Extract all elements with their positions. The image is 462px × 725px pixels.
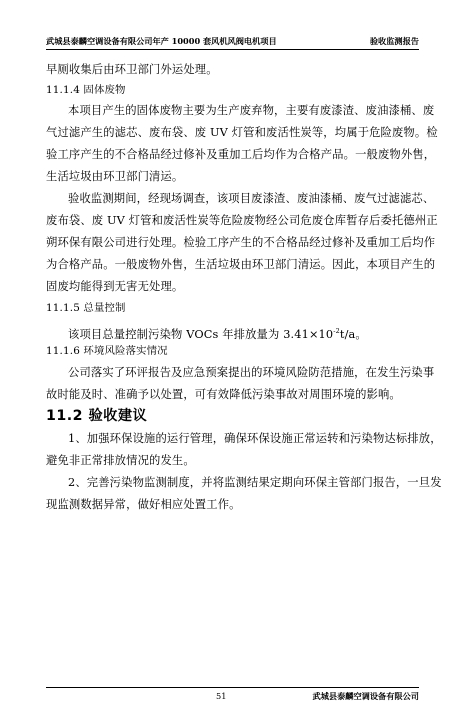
paragraph-line: 本项目产生的固体废物主要为生产废弃物，主要有废漆渣、废油漆桶、废 <box>68 104 434 118</box>
page-number: 51 <box>216 691 226 701</box>
header-project-title: 武城县泰麟空调设备有限公司年产 10000 套风机风阀电机项目 <box>46 36 277 47</box>
paragraph-line: 公司落实了环评报告及应急预案提出的环境风险防范措施，在发生污染事 <box>68 366 434 380</box>
recommendation-line: 2、完善污染物监测制度，并将监测结果定期向环保主管部门报告，一旦发 <box>68 476 442 490</box>
paragraph-line: 故时能及时、准确予以处置，可有效降低污染事故对周围环境的影响。 <box>46 388 401 402</box>
vocs-emission-line: 该项目总量控制污染物 VOCs 年排放量为 3.41×10-2t/a。 <box>68 324 367 342</box>
paragraph-line: 朔环保有限公司进行处理。检验工序产生的不合格品经过修补及重加工后均作 <box>46 236 435 250</box>
page-header: 武城县泰麟空调设备有限公司年产 10000 套风机风阀电机项目 验收监测报告 <box>46 36 419 50</box>
paragraph-line: 气过滤产生的滤芯、废布袋、废 UV 灯管和废活性炭等，均属于危险废物。检 <box>46 126 438 140</box>
header-report-type: 验收监测报告 <box>370 36 419 47</box>
footer-company: 武城县泰麟空调设备有限公司 <box>313 691 419 702</box>
section-heading-11-1-4: 11.1.4 固体废物 <box>46 83 126 97</box>
section-heading-11-2: 11.2 验收建议 <box>46 409 147 423</box>
recommendation-line: 现监测数据异常，做好相应处置工作。 <box>46 498 241 512</box>
paragraph-line: 为合格产品。一般废物外售，生活垃圾由环卫部门清运。因此，本项目产生的 <box>46 258 435 272</box>
paragraph-line: 生活垃圾由环卫部门清运。 <box>46 170 183 184</box>
section-heading-11-1-6: 11.1.6 环境风险落实情况 <box>46 344 168 358</box>
paragraph-line: 固废均能得到无害无处理。 <box>46 280 183 294</box>
vocs-text-prefix: 该项目总量控制污染物 VOCs 年排放量为 3.41×10 <box>68 328 333 341</box>
recommendation-line: 1、加强环保设施的运行管理，确保环保设施正常运转和污染物达标排放， <box>68 432 442 446</box>
document-page: 武城县泰麟空调设备有限公司年产 10000 套风机风阀电机项目 验收监测报告 早… <box>0 0 462 725</box>
section-heading-11-1-5: 11.1.5 总量控制 <box>46 301 126 315</box>
paragraph-line: 验工序产生的不合格品经过修补及重加工后均作为合格产品。一般废物外售， <box>46 148 435 162</box>
page-footer: 51 武城县泰麟空调设备有限公司 <box>46 687 419 688</box>
vocs-text-suffix: t/a。 <box>340 328 367 341</box>
paragraph-line: 废布袋、废 UV 灯管和废活性炭等危险废物经公司危废仓库暂存后委托德州正 <box>46 214 438 228</box>
vocs-exponent: -2 <box>333 327 340 335</box>
recommendation-line: 避免非正常排放情况的发生。 <box>46 454 195 468</box>
continuation-line: 早厕收集后由环卫部门外运处理。 <box>46 63 218 77</box>
paragraph-line: 验收监测期间，经现场调查，该项目废漆渣、废油漆桶、废气过滤滤芯、 <box>68 192 434 206</box>
